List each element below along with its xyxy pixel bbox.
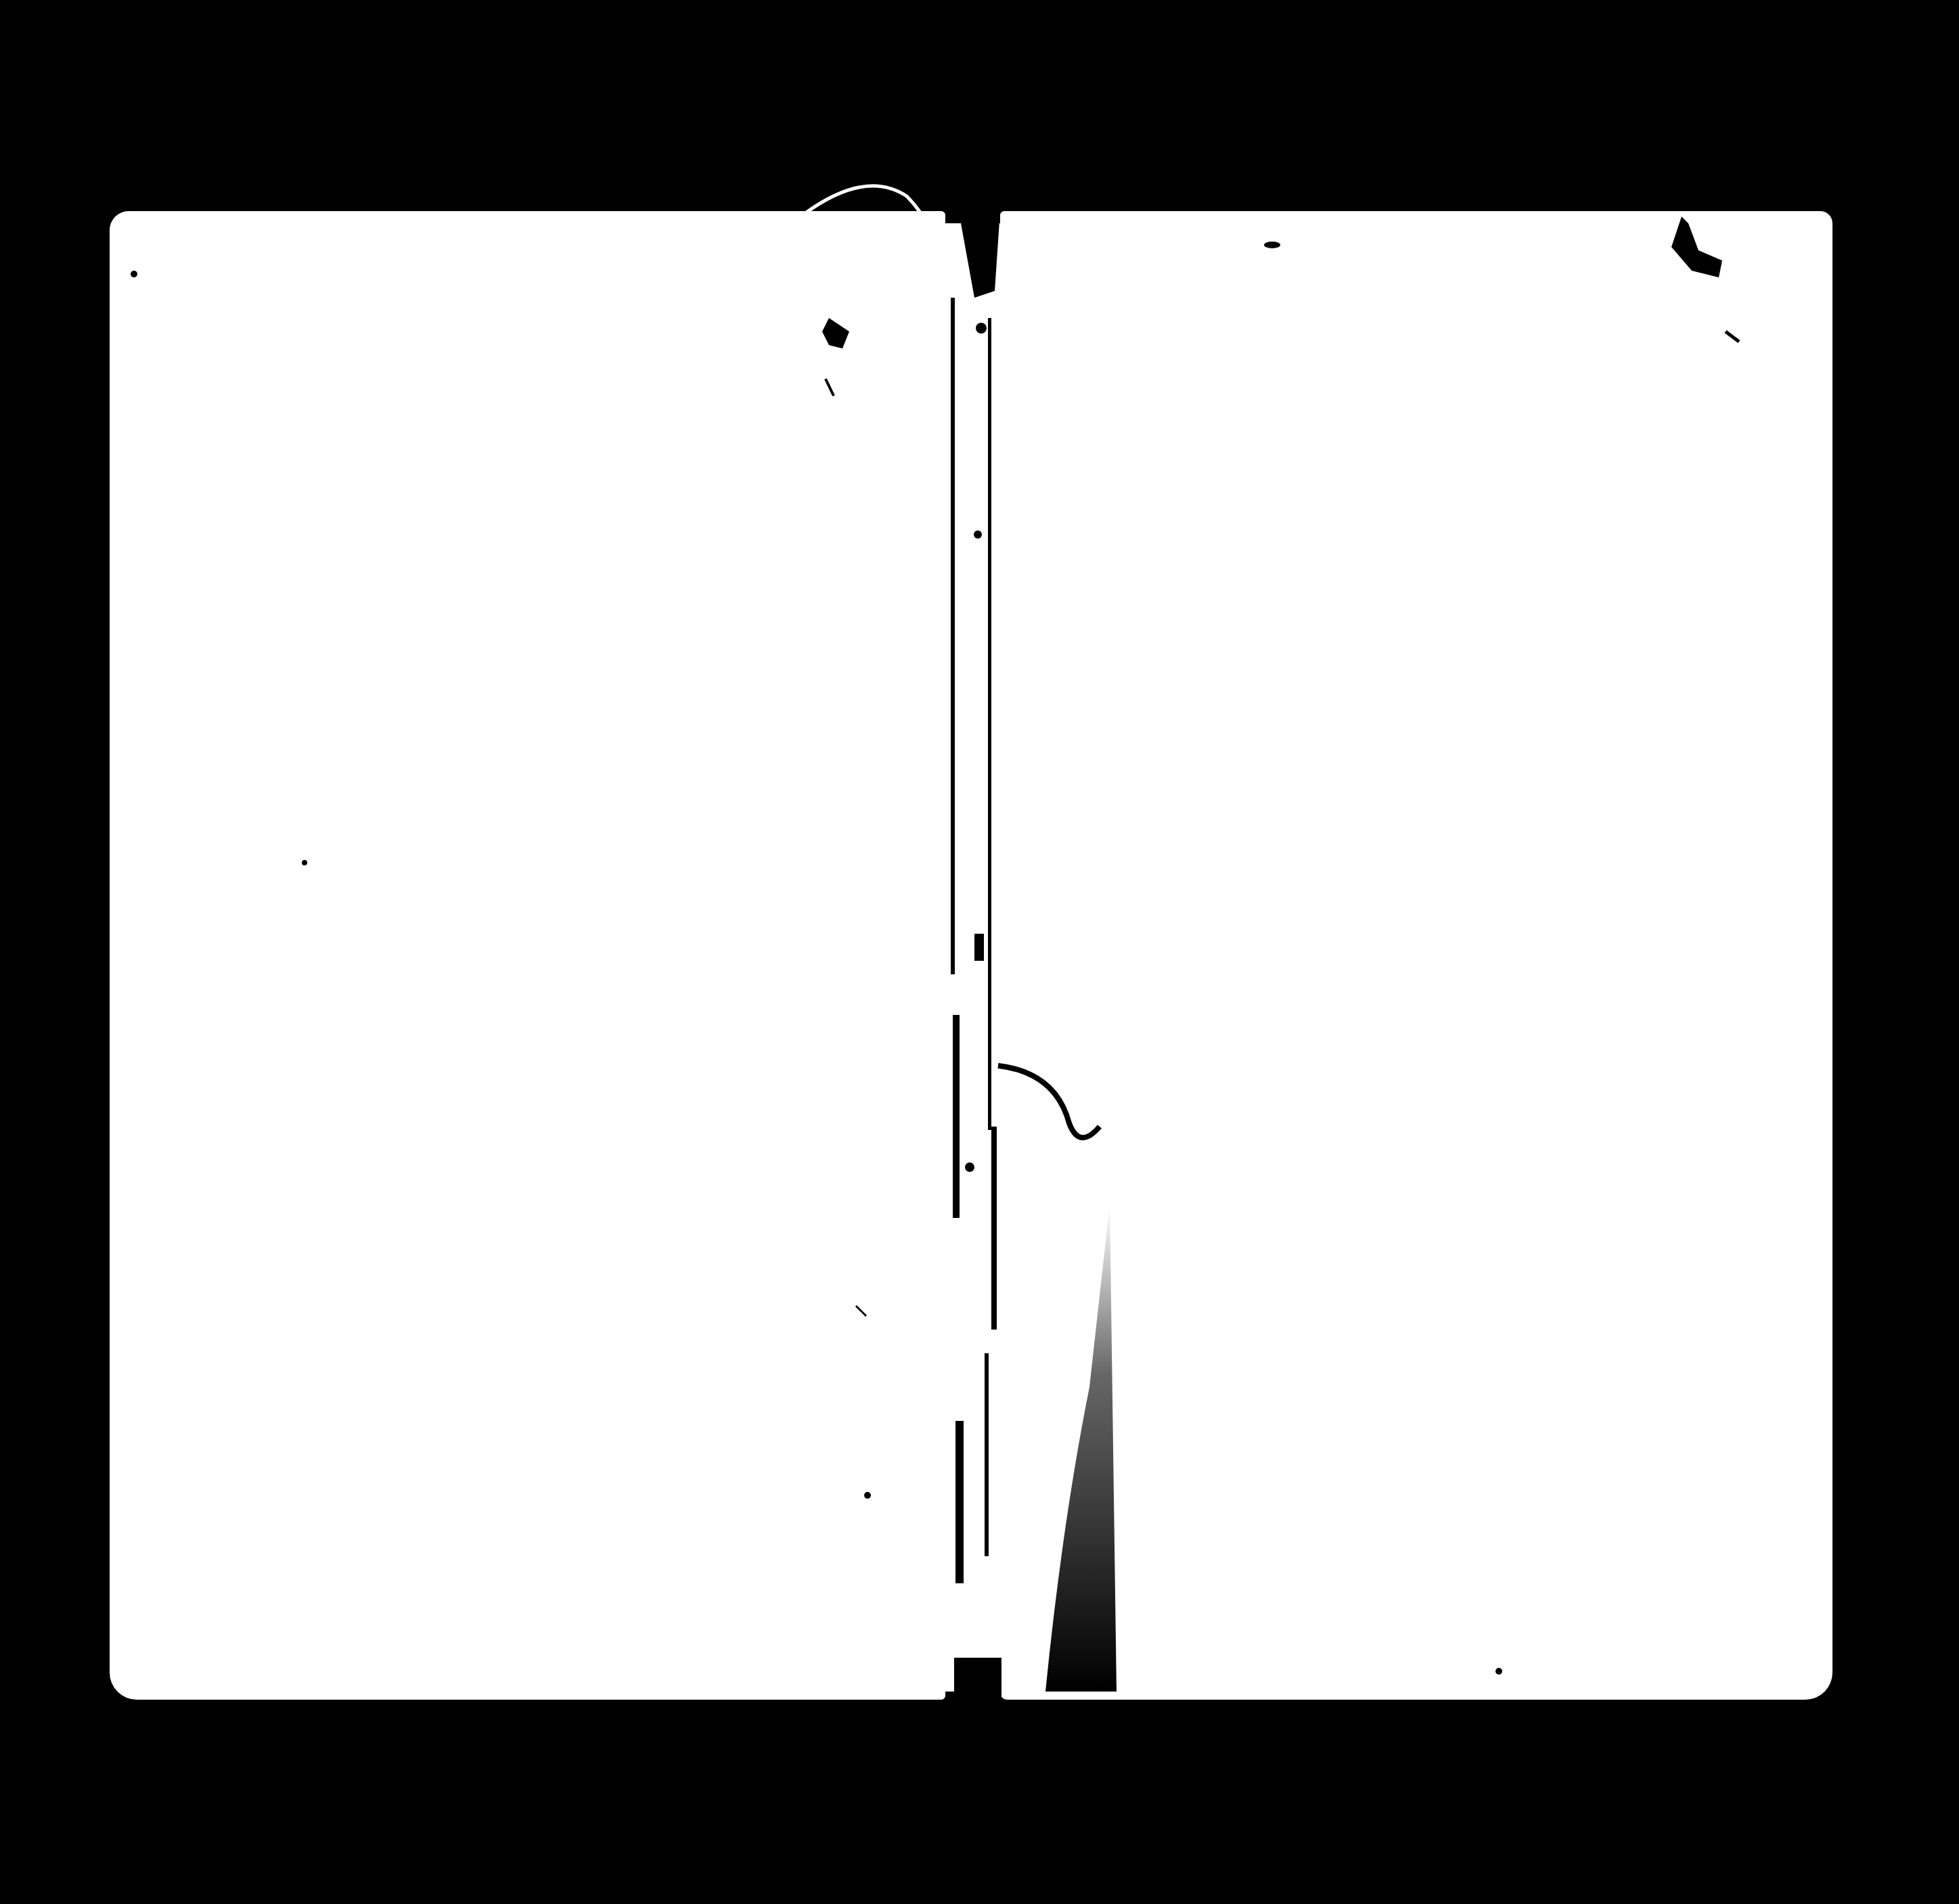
- speck-3: [1495, 1668, 1502, 1675]
- spine-notch: [947, 211, 1000, 298]
- ink-mark-right: [1726, 332, 1739, 342]
- ink-mark-left: [826, 379, 834, 396]
- speck-5: [856, 1306, 866, 1316]
- curl-mark: [998, 1066, 1100, 1137]
- speck-4: [131, 271, 137, 277]
- spine-streaks: [951, 298, 1001, 1700]
- speck-1: [302, 860, 307, 865]
- speck-top-right: [1264, 242, 1280, 248]
- ink-blob-right: [1671, 217, 1722, 277]
- scan-background: [0, 0, 1959, 1904]
- gutter-shadow: [1045, 1204, 1117, 1692]
- ink-blob-left: [822, 318, 849, 348]
- speck-2: [864, 1492, 871, 1499]
- scan-artifacts: [0, 0, 1959, 1904]
- thread-arc: [805, 186, 944, 271]
